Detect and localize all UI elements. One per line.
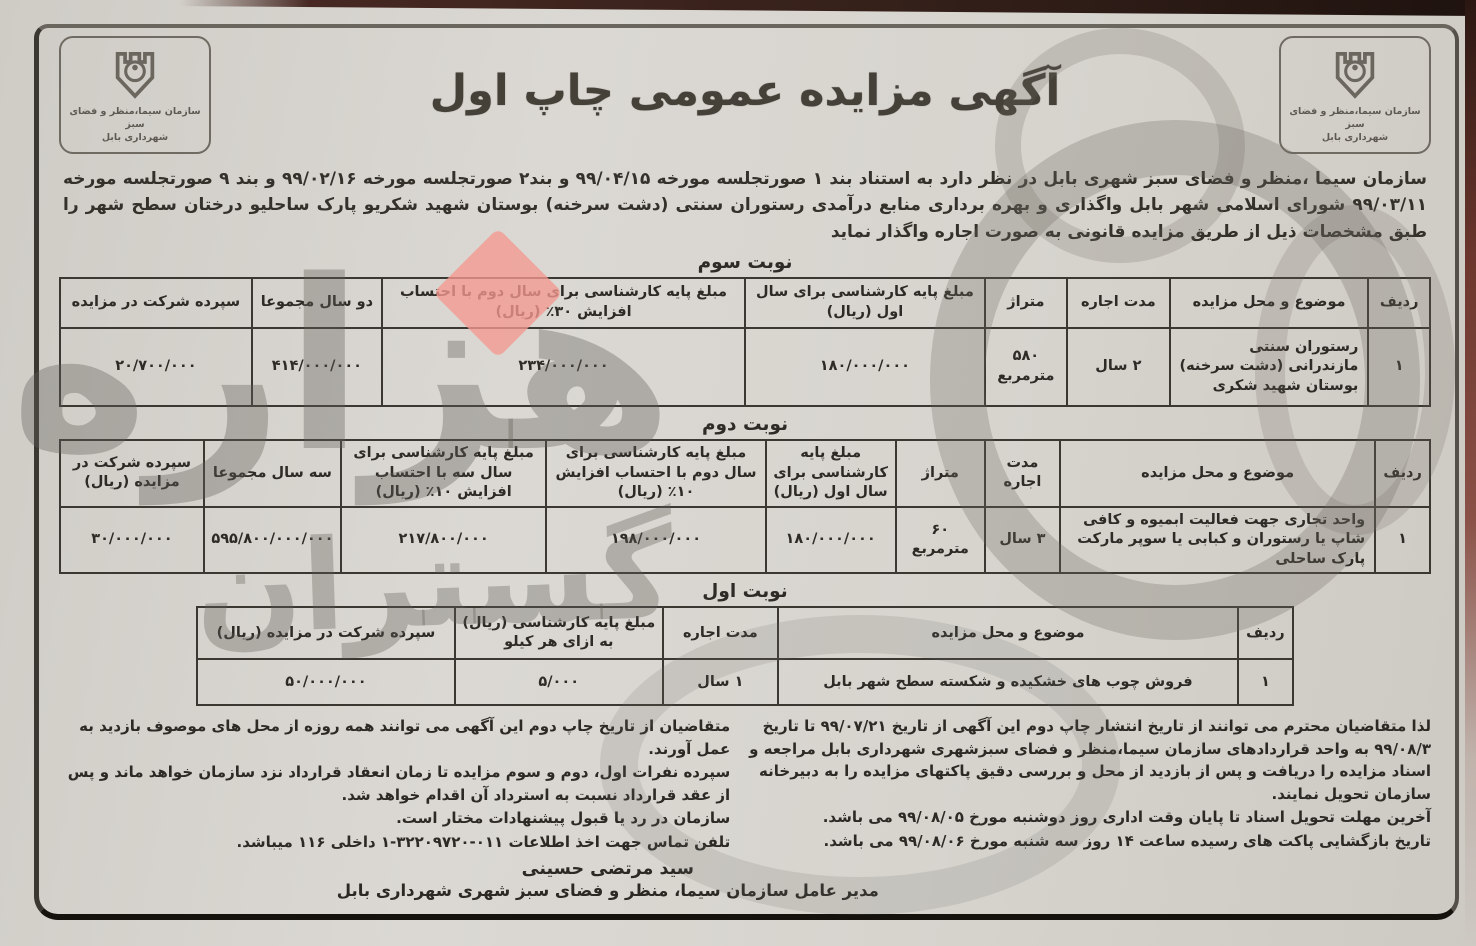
- table-cell: رستوران سنتی مازندرانی (دشت سرخنه) بوستا…: [1170, 328, 1369, 406]
- header-cell: مبلغ پایه کارشناسی برای سال اول (ریال): [745, 278, 985, 328]
- table-cell: ۱: [1238, 659, 1293, 705]
- table-cell: ۱۸۰/۰۰۰/۰۰۰: [766, 507, 896, 574]
- footer-note: آخرین مهلت تحویل اسناد تا پایان وقت ادار…: [746, 806, 1431, 829]
- logo-text-line2: شهرداری بابل: [1281, 132, 1429, 145]
- round1-table: ردیف موضوع و محل مزایده مدت اجاره مبلغ پ…: [196, 606, 1294, 706]
- photo-edge-top: [180, 0, 1476, 16]
- table-row: ۱ واحد تجاری جهت فعالیت ابمیوه و کافی شا…: [60, 507, 1430, 574]
- round3-table: ردیف موضوع و محل مزایده مدت اجاره متراژ …: [59, 277, 1431, 407]
- table-cell: ۱۹۸/۰۰۰/۰۰۰: [546, 507, 765, 574]
- org-logo-left: سازمان سیما،منظر و فضای سبز شهرداری بابل: [59, 36, 211, 154]
- footer-note: متقاضیان از تاریخ چاپ دوم این آگهی می تو…: [59, 715, 730, 760]
- table-cell: ۱: [1368, 328, 1430, 406]
- header-cell: مدت اجاره: [1067, 278, 1170, 328]
- table-cell: ۴۱۴/۰۰۰/۰۰۰: [252, 328, 382, 406]
- ad-header: سازمان سیما،منظر و فضای سبز شهرداری بابل…: [59, 36, 1431, 158]
- header-cell: مبلغ پایه کارشناسی برای سال سه با احتساب…: [341, 440, 547, 507]
- header-cell: مبلغ پایه کارشناسی برای سال دوم با احتسا…: [382, 278, 745, 328]
- round2-table: ردیف موضوع و محل مزایده مدت اجاره متراژ …: [59, 439, 1431, 574]
- header-cell: سه سال مجموعا: [204, 440, 341, 507]
- header-cell: موضوع و محل مزایده: [778, 607, 1238, 659]
- section-label-round2: نوبت دوم: [59, 414, 1431, 435]
- footer-note: تلفن تماس جهت اخذ اطلاعات ‪۱-۳۲۲۰۹۷۲۰-۰۱…: [59, 831, 730, 854]
- table-cell: ۱۸۰/۰۰۰/۰۰۰: [745, 328, 985, 406]
- table-cell: ۲۱۷/۸۰۰/۰۰۰: [341, 507, 547, 574]
- table-cell: ۳ سال: [985, 507, 1060, 574]
- table-cell: ۵/۰۰۰: [455, 659, 663, 705]
- photo-edge-right: [1465, 0, 1476, 946]
- table-cell: ۲ سال: [1067, 328, 1170, 406]
- header-cell: سپرده شرکت در مزایده (ریال): [197, 607, 454, 659]
- header-cell: مبلغ پایه کارشناسی برای سال دوم با احتسا…: [546, 440, 765, 507]
- table-cell: فروش چوب های خشکیده و شکسته سطح شهر بابل: [778, 659, 1238, 705]
- header-cell: موضوع و محل مزایده: [1170, 278, 1369, 328]
- table-cell: ۲۰/۷۰۰/۰۰۰: [60, 328, 252, 406]
- footer-note: سازمان در رد یا قبول پیشنهادات مختار است…: [59, 807, 730, 830]
- table-cell: واحد تجاری جهت فعالیت ابمیوه و کافی شاپ …: [1060, 507, 1375, 574]
- table-cell: ۶۰ مترمربع: [896, 507, 985, 574]
- footer-column-left: متقاضیان از تاریخ چاپ دوم این آگهی می تو…: [59, 715, 730, 854]
- signatory-name: سید مرتضی حسینی: [59, 859, 1157, 879]
- signature-block: سید مرتضی حسینی مدیر عامل سازمان سیما، م…: [59, 859, 1157, 900]
- header-cell: مبلغ پایه کارشناسی (ریال) به ازای هر کیل…: [455, 607, 663, 659]
- scanned-newspaper-ad: سازمان سیما،منظر و فضای سبز شهرداری بابل…: [0, 0, 1476, 946]
- ad-frame: سازمان سیما،منظر و فضای سبز شهرداری بابل…: [34, 24, 1459, 920]
- logo-text-line1: سازمان سیما،منظر و فضای سبز: [61, 106, 209, 132]
- table-cell: ۱: [1375, 507, 1430, 574]
- logo-text-line1: سازمان سیما،منظر و فضای سبز: [1281, 106, 1429, 132]
- header-cell: سپرده شرکت در مزایده (ریال): [60, 440, 204, 507]
- header-cell: مبلغ پایه کارشناسی برای سال اول (ریال): [766, 440, 896, 507]
- signatory-title: مدیر عامل سازمان سیما، منظر و فضای سبز ش…: [59, 881, 1157, 900]
- header-cell: متراژ: [985, 278, 1067, 328]
- table-row: ۱ فروش چوب های خشکیده و شکسته سطح شهر با…: [197, 659, 1293, 705]
- table-cell: ۲۳۴/۰۰۰/۰۰۰: [382, 328, 745, 406]
- municipality-emblem-icon: [104, 44, 166, 106]
- header-cell: سپرده شرکت در مزایده: [60, 278, 252, 328]
- header-cell: مدت اجاره: [985, 440, 1060, 507]
- table-header-row: ردیف موضوع و محل مزایده مدت اجاره متراژ …: [60, 440, 1430, 507]
- table-header-row: ردیف موضوع و محل مزایده مدت اجاره مبلغ پ…: [197, 607, 1293, 659]
- section-label-round3: نوبت سوم: [59, 252, 1431, 273]
- table-row: ۱ رستوران سنتی مازندرانی (دشت سرخنه) بوس…: [60, 328, 1430, 406]
- table-header-row: ردیف موضوع و محل مزایده مدت اجاره متراژ …: [60, 278, 1430, 328]
- section-label-round1: نوبت اول: [59, 581, 1431, 602]
- table-cell: ۱ سال: [663, 659, 778, 705]
- municipality-emblem-icon: [1324, 44, 1386, 106]
- intro-paragraph: سازمان سیما ،منظر و فضای سبز شهری بابل د…: [63, 166, 1427, 245]
- footer-note: تاریخ بازگشایی پاکت های رسیده ساعت ۱۴ رو…: [746, 830, 1431, 853]
- table-cell: ۵۹۵/۸۰۰/۰۰۰/۰۰۰: [204, 507, 341, 574]
- org-logo-right: سازمان سیما،منظر و فضای سبز شهرداری بابل: [1279, 36, 1431, 154]
- header-cell: ردیف: [1375, 440, 1430, 507]
- logo-text-line2: شهرداری بابل: [61, 132, 209, 145]
- header-cell: ردیف: [1238, 607, 1293, 659]
- header-cell: ردیف: [1368, 278, 1430, 328]
- ad-footer: لذا متقاضیان محترم می توانند از تاریخ ان…: [59, 715, 1431, 854]
- footer-note: لذا متقاضیان محترم می توانند از تاریخ ان…: [746, 715, 1431, 805]
- header-cell: موضوع و محل مزایده: [1060, 440, 1375, 507]
- header-cell: متراژ: [896, 440, 985, 507]
- footer-column-right: لذا متقاضیان محترم می توانند از تاریخ ان…: [746, 715, 1431, 854]
- table-cell: ۵۰/۰۰۰/۰۰۰: [197, 659, 454, 705]
- ad-title: آگهی مزایده عمومی چاپ اول: [211, 66, 1279, 116]
- footer-note: سپرده نفرات اول، دوم و سوم مزایده تا زما…: [59, 761, 730, 806]
- header-cell: مدت اجاره: [663, 607, 778, 659]
- header-cell: دو سال مجموعا: [252, 278, 382, 328]
- table-cell: ۳۰/۰۰۰/۰۰۰: [60, 507, 204, 574]
- table-cell: ۵۸۰ مترمربع: [985, 328, 1067, 406]
